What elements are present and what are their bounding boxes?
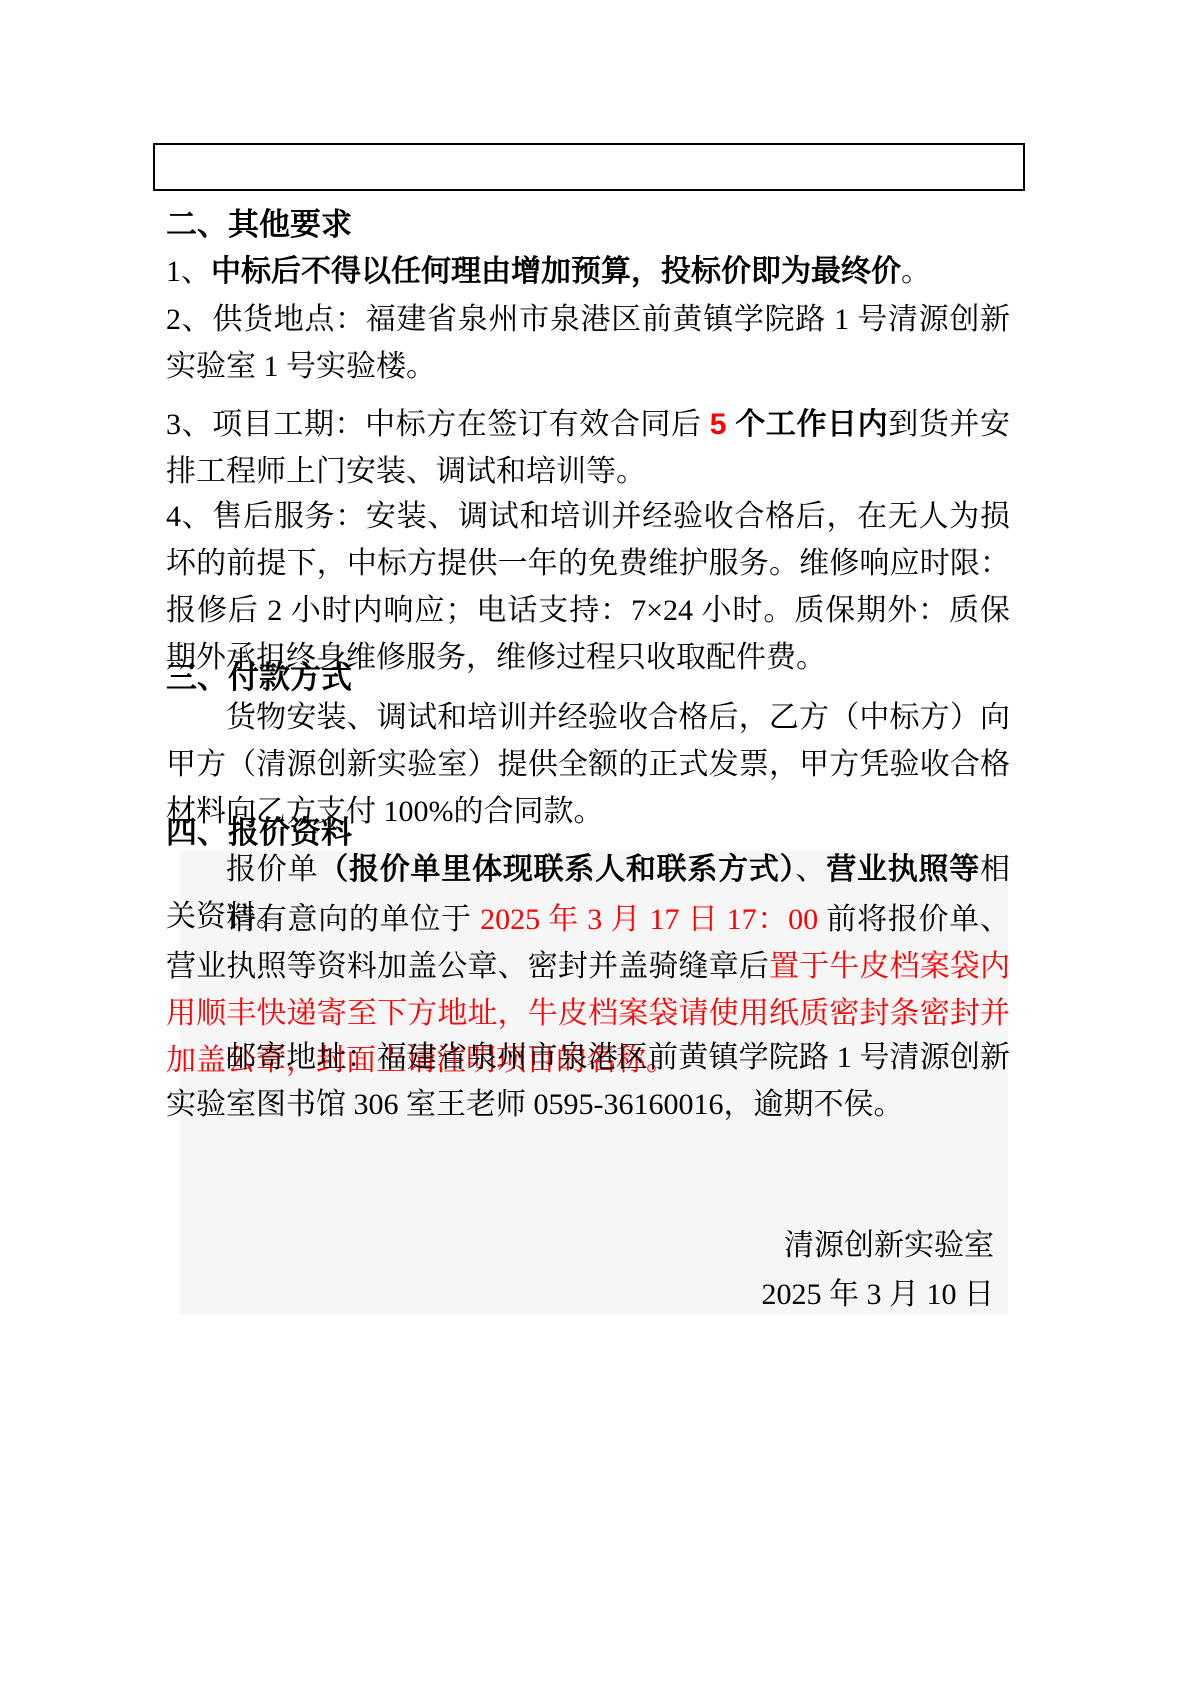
- item1-number: 1、: [166, 255, 211, 288]
- empty-text-box: [153, 143, 1025, 191]
- mailing-address: 邮寄地址：福建省泉州市泉港区前黄镇学院路 1 号清源创新实验室图书馆 306 室…: [166, 1034, 1010, 1128]
- item-3: 3、项目工期：中标方在签订有效合同后 5 个工作日内到货并安排工程师上门安装、调…: [166, 401, 1010, 495]
- item-4: 4、售后服务：安装、调试和培训并经验收合格后，在无人为损坏的前提下，中标方提供一…: [166, 493, 1010, 681]
- item-1: 1、中标后不得以任何理由增加预算，投标价即为最终价。: [166, 248, 1010, 295]
- item3-bold-text: 个工作日内: [735, 408, 888, 441]
- para1-bold-license: 营业执照等: [826, 853, 980, 886]
- document-page: 二、其他要求 1、中标后不得以任何理由增加预算，投标价即为最终价。 2、供货地点…: [0, 0, 1191, 1684]
- item-2: 2、供货地点：福建省泉州市泉港区前黄镇学院路 1 号清源创新实验室 1 号实验楼…: [166, 296, 1010, 390]
- signature-organization: 清源创新实验室: [166, 1222, 1010, 1269]
- para1-text-pre: 报价单: [226, 853, 318, 886]
- item3-red-number: 5: [710, 408, 736, 441]
- para2-red-deadline: 2025 年 3 月 17 日 17：00: [480, 903, 818, 936]
- item1-bold-text: 中标后不得以任何理由增加预算，投标价即为最终价: [211, 255, 901, 288]
- item3-text-pre: 3、项目工期：中标方在签订有效合同后: [166, 408, 710, 441]
- para1-bold-contact: （报价单里体现联系人和联系方式）: [318, 853, 795, 886]
- signature-date: 2025 年 3 月 10 日: [166, 1271, 1010, 1318]
- para1-separator: 、: [795, 853, 826, 886]
- para2-text-pre: 请有意向的单位于: [226, 903, 480, 936]
- section2-heading: 二、其他要求: [166, 201, 1010, 248]
- item1-period: 。: [901, 255, 931, 288]
